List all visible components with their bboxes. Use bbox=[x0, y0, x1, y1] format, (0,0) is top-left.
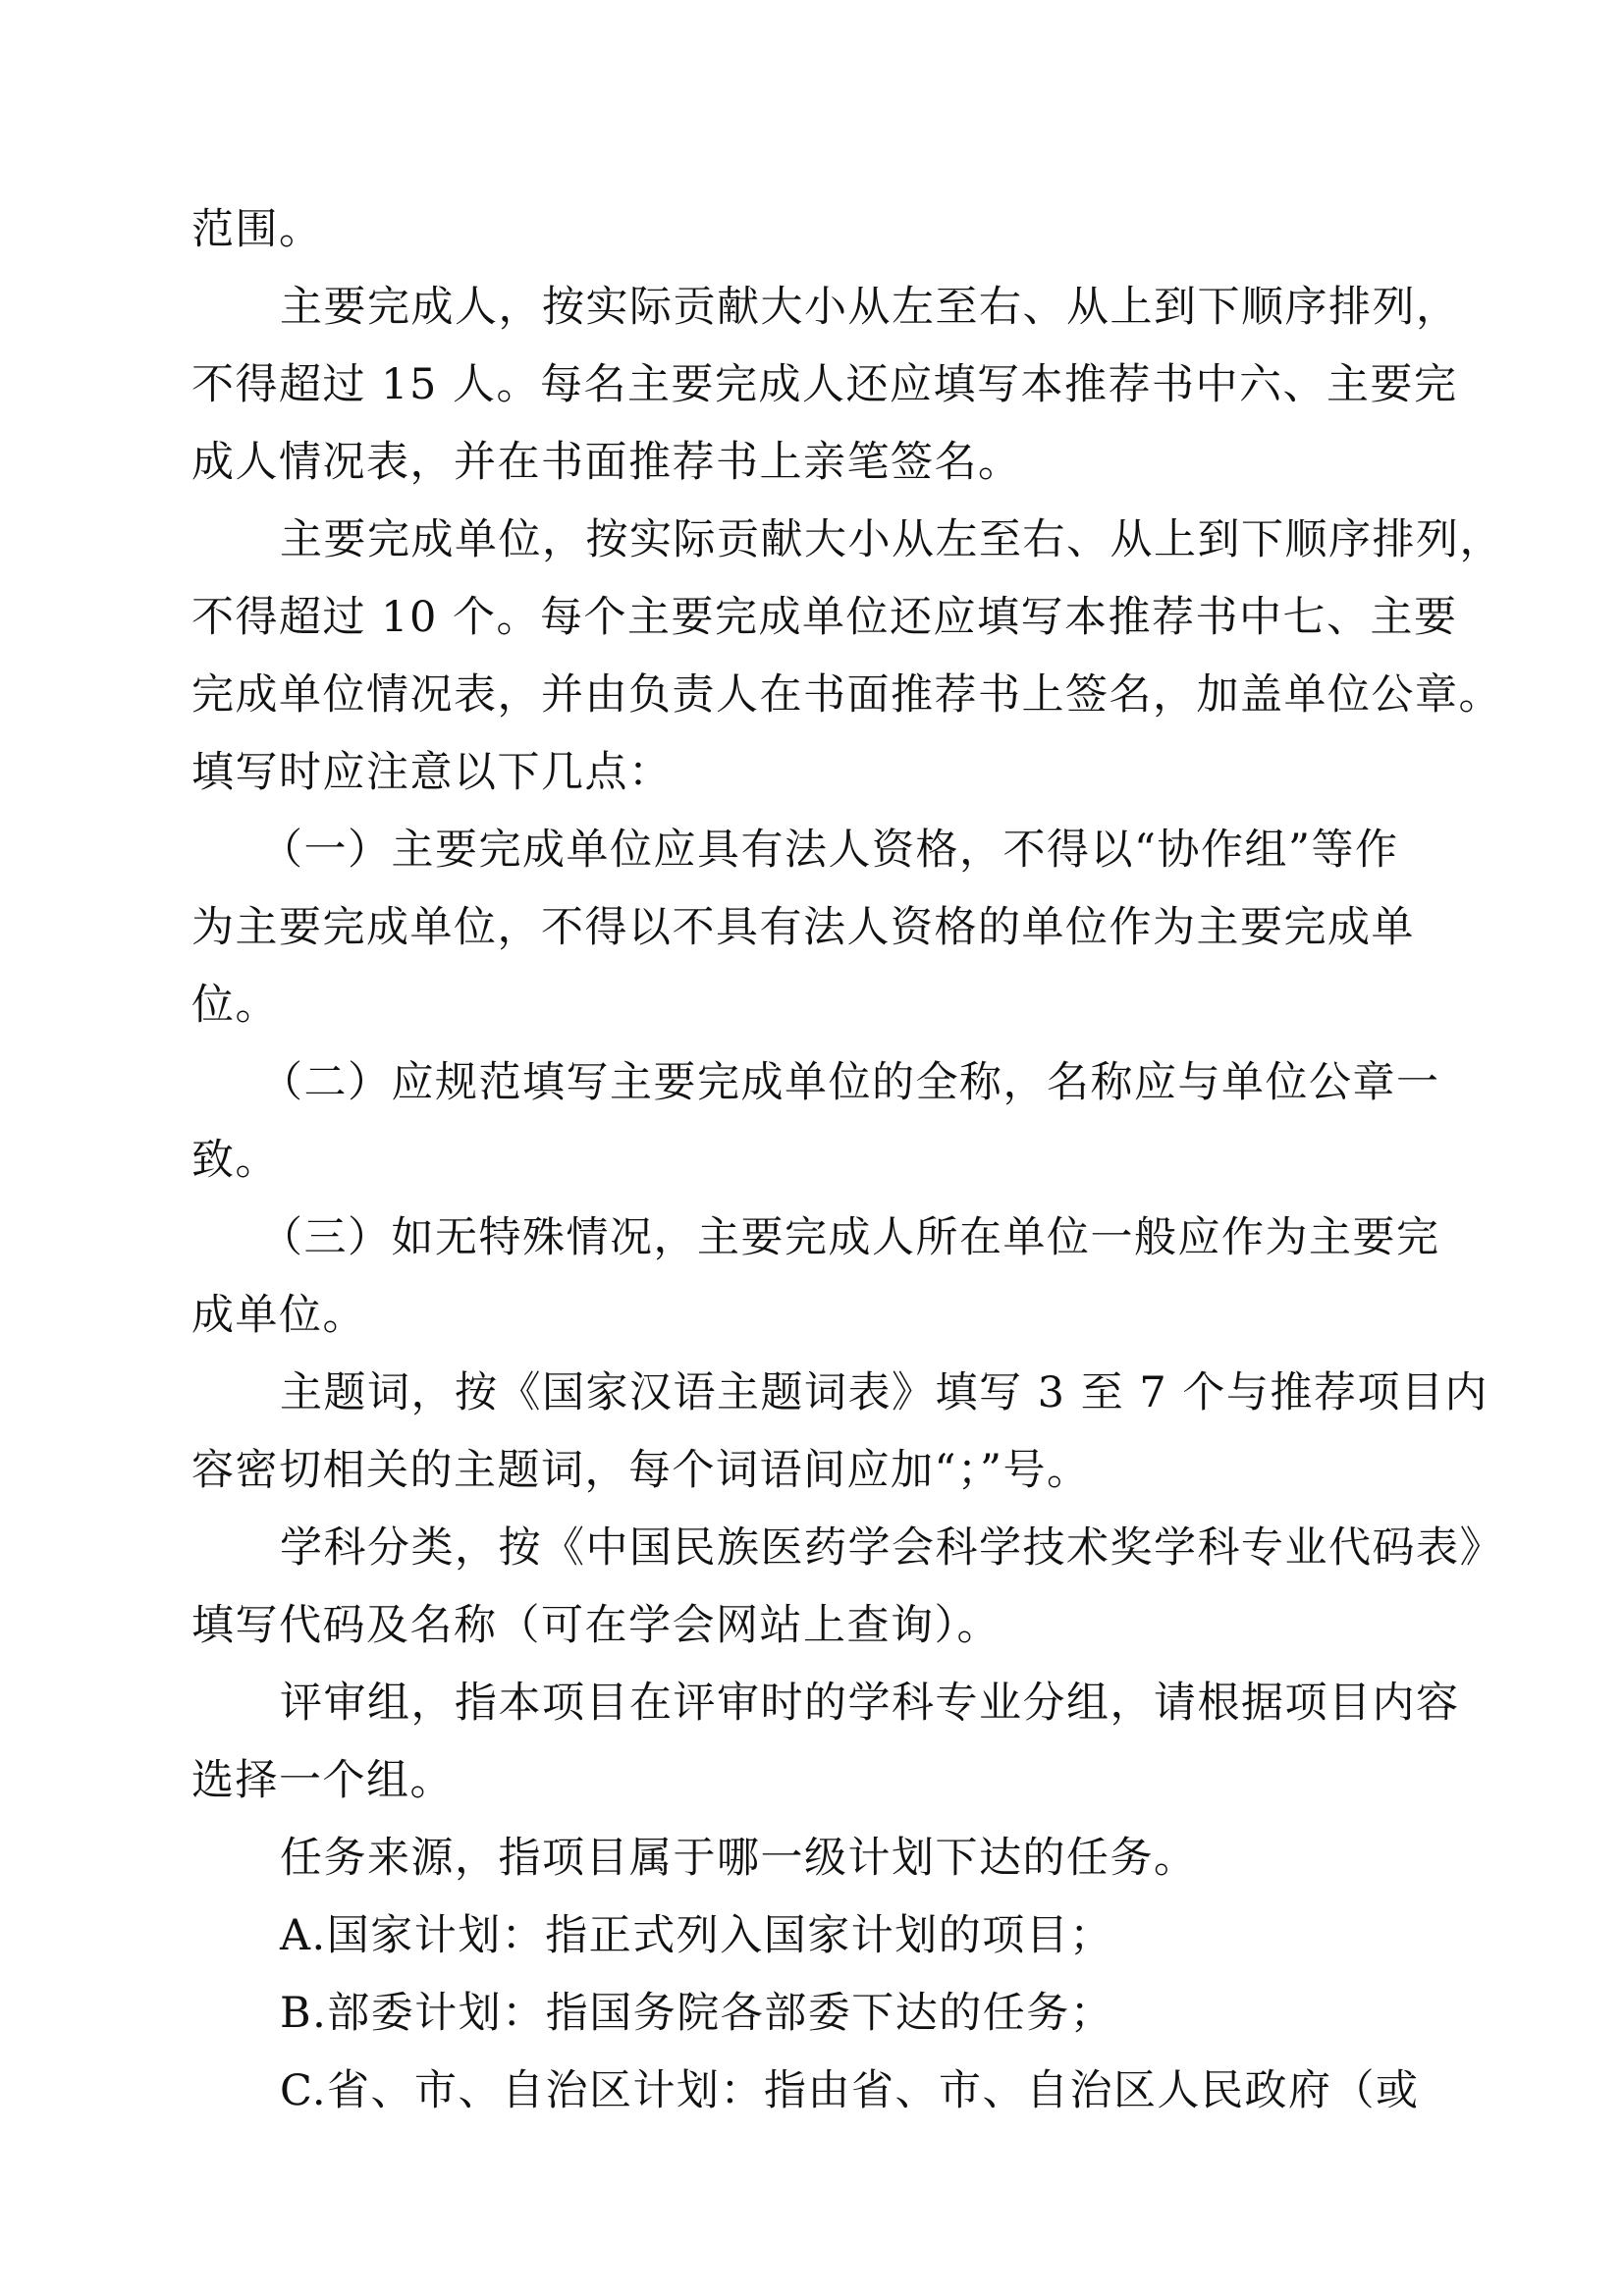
text-line: 不得超过 10 个。每个主要完成单位还应填写本推荐书中七、主要 bbox=[191, 586, 1450, 664]
text-line: 成单位。 bbox=[191, 1284, 1450, 1362]
text-line-task-source: 任务来源，指项目属于哪一级计划下达的任务。 bbox=[191, 1827, 1450, 1904]
text-line: 位。 bbox=[191, 974, 1450, 1051]
text-line-main-persons: 主要完成人，按实际贡献大小从左至右、从上到下顺序排列， bbox=[191, 276, 1450, 353]
text-line-main-units: 主要完成单位，按实际贡献大小从左至右、从上到下顺序排列， bbox=[191, 508, 1450, 586]
text-line-notes-intro: 填写时应注意以下几点： bbox=[191, 741, 1450, 819]
text-line: 不得超过 15 人。每名主要完成人还应填写本推荐书中六、主要完 bbox=[191, 353, 1450, 431]
text-line-provincial-plan: C.省、市、自治区计划：指由省、市、自治区人民政府（或 bbox=[191, 2059, 1450, 2137]
text-line: 致。 bbox=[191, 1129, 1450, 1206]
text-line-note-1: （一）主要完成单位应具有法人资格，不得以“协作组”等作 bbox=[191, 819, 1450, 896]
text-line-note-3: （三）如无特殊情况，主要完成人所在单位一般应作为主要完 bbox=[191, 1206, 1450, 1284]
text-line-scope-end: 范围。 bbox=[191, 198, 1450, 276]
text-line-review-group: 评审组，指本项目在评审时的学科专业分组，请根据项目内容 bbox=[191, 1672, 1450, 1749]
text-line: 选择一个组。 bbox=[191, 1749, 1450, 1827]
text-line-keywords: 主题词，按《国家汉语主题词表》填写 3 至 7 个与推荐项目内 bbox=[191, 1362, 1450, 1439]
text-line: 完成单位情况表，并由负责人在书面推荐书上签名，加盖单位公章。 bbox=[191, 664, 1450, 741]
document-page: 范围。 主要完成人，按实际贡献大小从左至右、从上到下顺序排列， 不得超过 15 … bbox=[191, 198, 1450, 2137]
text-line: 成人情况表，并在书面推荐书上亲笔签名。 bbox=[191, 431, 1450, 508]
text-line: 容密切相关的主题词，每个词语间应加“；”号。 bbox=[191, 1439, 1450, 1517]
text-line-discipline: 学科分类，按《中国民族医药学会科学技术奖学科专业代码表》 bbox=[191, 1517, 1450, 1594]
text-line-note-2: （二）应规范填写主要完成单位的全称，名称应与单位公章一 bbox=[191, 1051, 1450, 1129]
text-line: 填写代码及名称（可在学会网站上查询）。 bbox=[191, 1594, 1450, 1672]
text-line-ministry-plan: B.部委计划：指国务院各部委下达的任务； bbox=[191, 1982, 1450, 2059]
text-line-national-plan: A.国家计划：指正式列入国家计划的项目； bbox=[191, 1904, 1450, 1982]
text-line: 为主要完成单位，不得以不具有法人资格的单位作为主要完成单 bbox=[191, 896, 1450, 974]
